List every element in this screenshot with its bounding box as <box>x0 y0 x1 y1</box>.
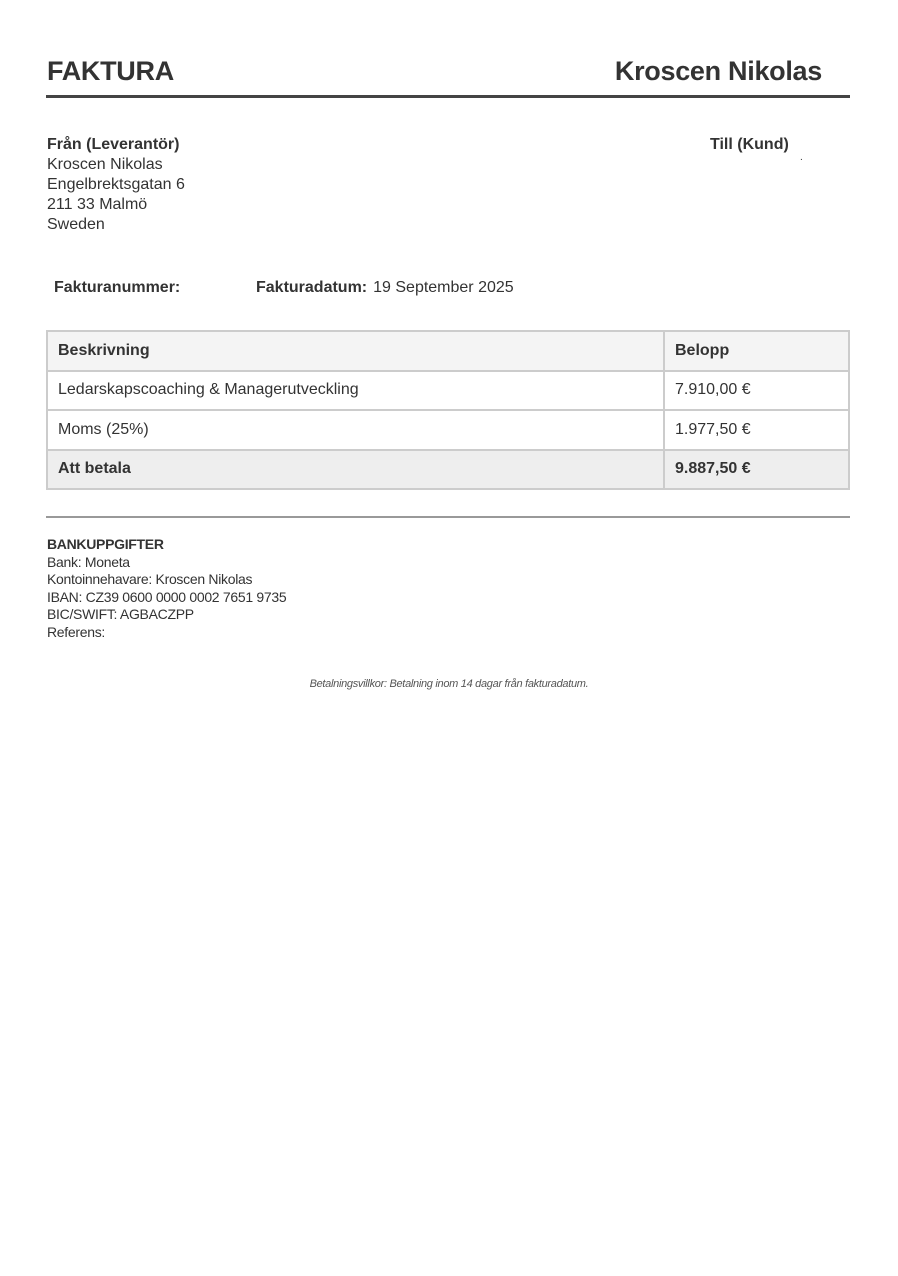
total-amount: 9.887,50 € <box>664 450 849 490</box>
line-description: Moms (25%) <box>47 410 664 450</box>
account-holder: Kontoinnehavare: Kroscen Nikolas <box>47 571 286 589</box>
supplier-street: Engelbrektsgatan 6 <box>47 175 185 195</box>
total-label: Att betala <box>47 450 664 490</box>
line-amount: 1.977,50 € <box>664 410 849 450</box>
company-name: Kroscen Nikolas <box>615 56 822 87</box>
reference: Referens: <box>47 624 286 642</box>
total-row: Att betala 9.887,50 € <box>47 450 849 490</box>
invoice-header: FAKTURA Kroscen Nikolas <box>46 56 850 98</box>
table-row: Ledarskapscoaching & Managerutveckling 7… <box>47 371 849 411</box>
document-title: FAKTURA <box>47 56 174 87</box>
supplier-name: Kroscen Nikolas <box>47 155 185 175</box>
customer-block: Till (Kund) . <box>710 135 803 163</box>
table-row: Moms (25%) 1.977,50 € <box>47 410 849 450</box>
line-amount: 7.910,00 € <box>664 371 849 411</box>
section-divider <box>46 516 850 518</box>
customer-value: . <box>800 153 803 163</box>
column-header-amount: Belopp <box>664 331 849 371</box>
bic-swift: BIC/SWIFT: AGBACZPP <box>47 606 286 624</box>
invoice-number-label: Fakturanummer: <box>54 279 180 296</box>
supplier-block: Från (Leverantör) Kroscen Nikolas Engelb… <box>47 135 185 235</box>
iban: IBAN: CZ39 0600 0000 0002 7651 9735 <box>47 589 286 607</box>
supplier-city: 211 33 Malmö <box>47 195 185 215</box>
line-items-table: Beskrivning Belopp Ledarskapscoaching & … <box>46 330 850 490</box>
column-header-description: Beskrivning <box>47 331 664 371</box>
supplier-country: Sweden <box>47 215 185 235</box>
line-description: Ledarskapscoaching & Managerutveckling <box>47 371 664 411</box>
table-header-row: Beskrivning Belopp <box>47 331 849 371</box>
supplier-label: Från (Leverantör) <box>47 135 185 155</box>
invoice-date-label: Fakturadatum: <box>256 279 367 296</box>
invoice-number: Fakturanummer: <box>54 278 180 298</box>
invoice-date-value: 19 September 2025 <box>373 279 514 296</box>
invoice-date: Fakturadatum:19 September 2025 <box>256 278 514 298</box>
bank-name: Bank: Moneta <box>47 554 286 572</box>
bank-details-title: BANKUPPGIFTER <box>47 536 286 554</box>
bank-details: BANKUPPGIFTER Bank: Moneta Kontoinnehava… <box>47 536 286 641</box>
customer-label: Till (Kund) <box>710 135 803 155</box>
payment-terms: Betalningsvillkor: Betalning inom 14 dag… <box>0 678 898 690</box>
